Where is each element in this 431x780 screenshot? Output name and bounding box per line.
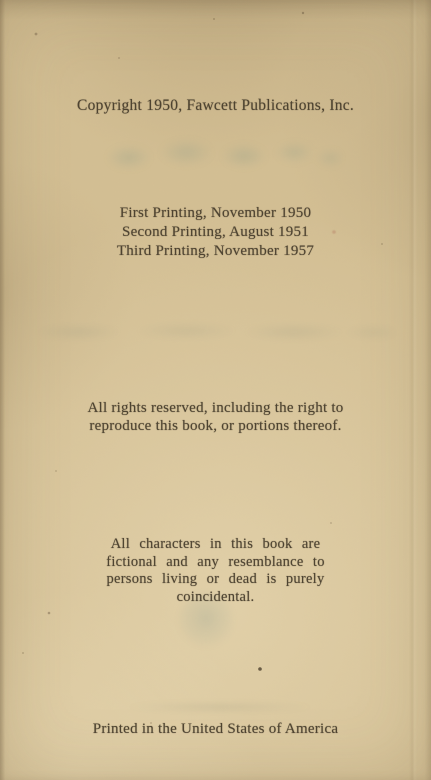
scan-vignette (0, 0, 431, 780)
show-through-title-ghost (100, 130, 340, 180)
printing-line-first: First Printing, November 1950 (0, 204, 431, 223)
rights-line-1: All rights reserved, including the right… (0, 399, 431, 417)
printed-in-line: Printed in the United States of America (0, 721, 431, 738)
page-crease (409, 0, 417, 780)
show-through-footer-ghost (90, 700, 350, 714)
book-page-scan: Copyright 1950, Fawcett Publications, In… (0, 0, 431, 780)
disclaimer-line-1: All characters in this book are (85, 536, 346, 554)
printing-line-second: Second Printing, August 1951 (0, 223, 431, 242)
rights-notice: All rights reserved, including the right… (0, 399, 431, 435)
disclaimer-line-2: fictional and any resemblance to (85, 554, 346, 572)
copyright-line: Copyright 1950, Fawcett Publications, In… (0, 97, 431, 115)
rights-line-2: reproduce this book, or portions thereof… (0, 417, 431, 435)
disclaimer-line-3: persons living or dead is purely (85, 571, 346, 589)
show-through-byline-ghost (35, 320, 395, 344)
disclaimer-line-4: coincidental. (85, 589, 346, 607)
paper-specks (0, 0, 2, 2)
printing-line-third: Third Printing, November 1957 (0, 242, 431, 261)
paper-grain-texture (0, 0, 431, 780)
printing-history: First Printing, November 1950 Second Pri… (0, 204, 431, 261)
fiction-disclaimer: All characters in this book are fictiona… (85, 536, 346, 606)
